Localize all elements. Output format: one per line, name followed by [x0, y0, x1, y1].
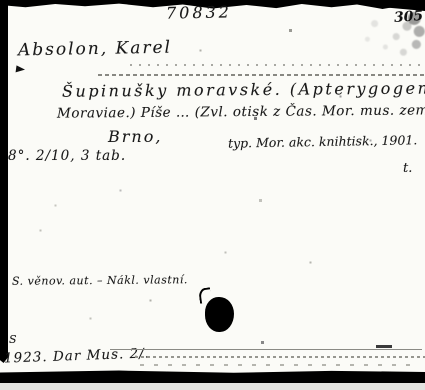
- dash-mark: [376, 345, 392, 348]
- bottom-scan-edge: [0, 370, 425, 384]
- imprint-note: t.: [403, 161, 412, 176]
- ruled-line-bottom-dotted: [135, 356, 425, 358]
- bottom-scan-strip: [0, 383, 425, 390]
- author-name: Absolon, Karel: [18, 38, 172, 61]
- collation-note: 8°. 2/10, 3 tab.: [8, 148, 126, 164]
- imprint-publisher: typ. Mor. akc. knihtisk., 1901.: [228, 132, 418, 150]
- shelf-letter: S: [9, 333, 17, 346]
- scan-noise-specks: [0, 0, 1, 1]
- ruled-line-bottom-sparse: [140, 364, 420, 366]
- title-line-1: Šupinušky moravské. (Apterygogenea: [62, 78, 425, 100]
- pen-mark: [16, 65, 26, 73]
- left-scan-edge: [0, 0, 8, 363]
- ink-blot: [205, 297, 234, 332]
- ruled-line-upper-dashed: [98, 74, 425, 76]
- ruled-line-upper-dotted: [130, 64, 422, 66]
- title-line-2: Moraviae.) Píše … (Zvl. otisk z Čas. Mor…: [57, 102, 425, 121]
- dedication-note: S. věnov. aut. – Nákl. vlastní.: [12, 273, 188, 288]
- accession-number: 70832: [166, 2, 232, 22]
- scanned-catalog-card: 305 70832 Absolon, Karel Šupinušky morav…: [0, 0, 425, 390]
- corner-number: 305: [393, 8, 423, 26]
- imprint-place: Brno,: [108, 127, 162, 146]
- ruled-line-bottom-solid: [110, 349, 422, 350]
